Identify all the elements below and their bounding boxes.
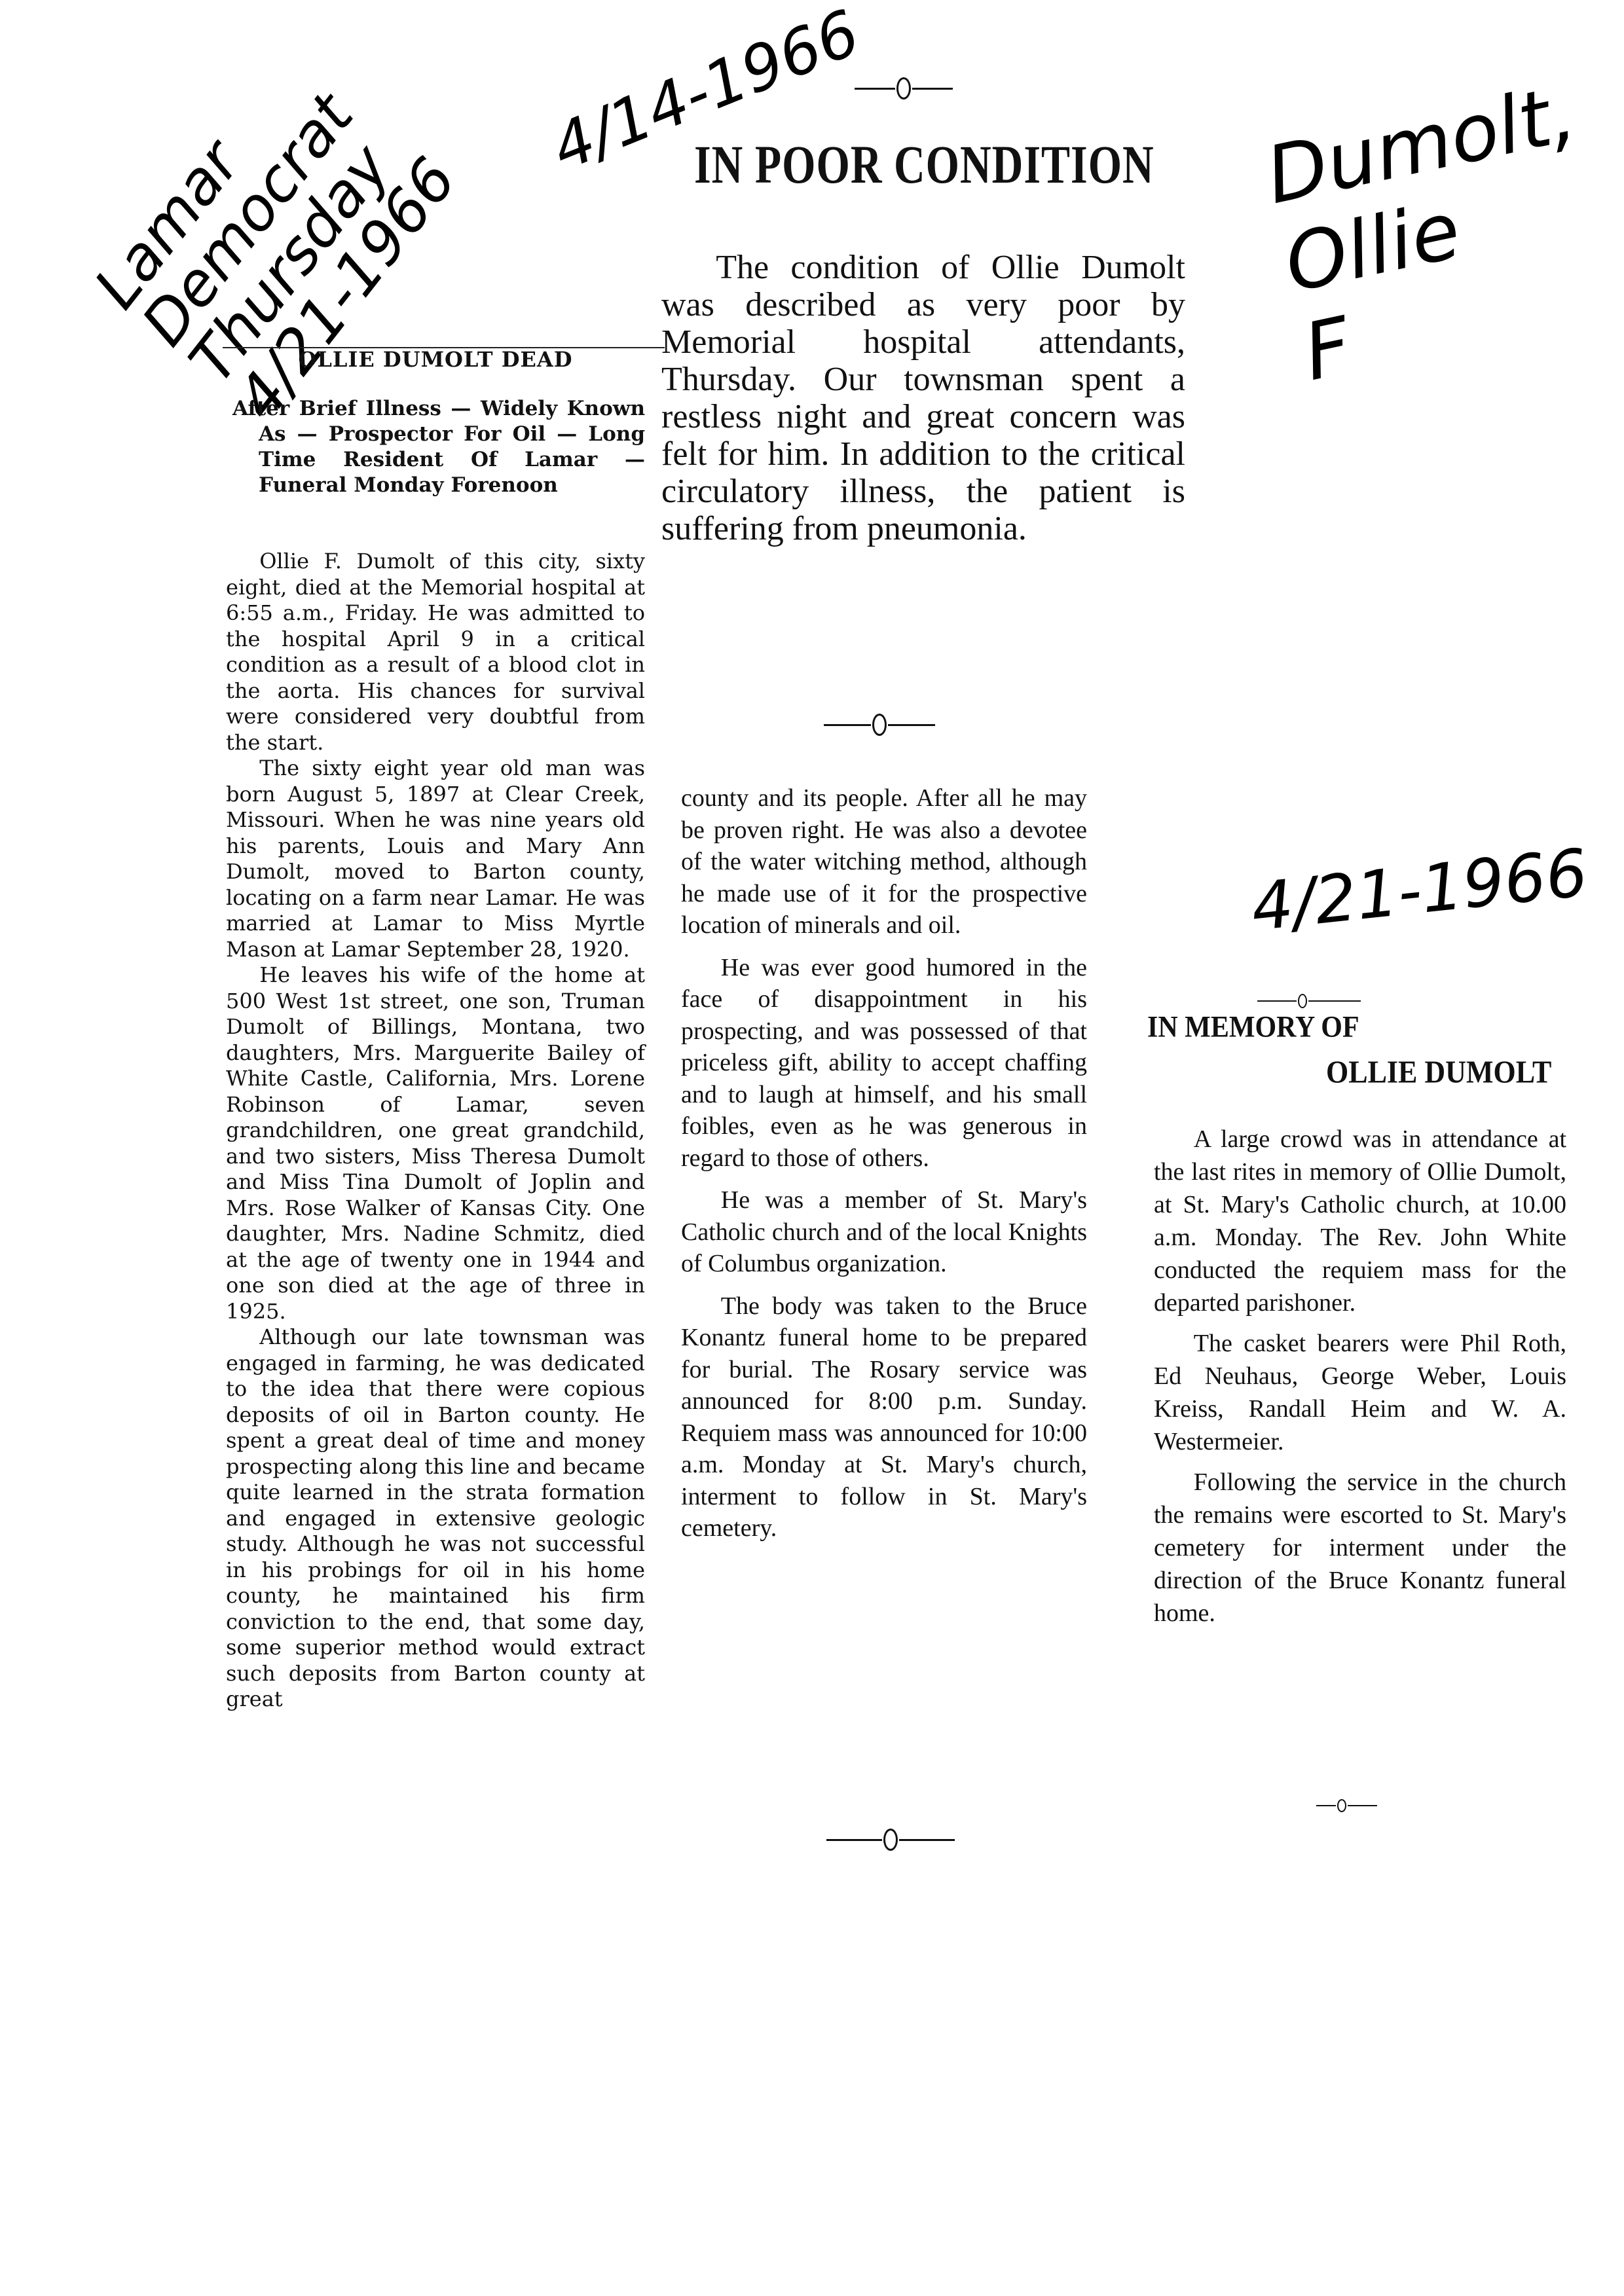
paragraph: Although our late townsman was engaged i…: [226, 1324, 645, 1713]
paragraph: Following the service in the church the …: [1154, 1466, 1566, 1630]
article-poor-condition-body: The condition of Ollie Dumolt was descri…: [661, 249, 1185, 547]
paragraph: He was a member of St. Mary's Catholic c…: [681, 1184, 1087, 1280]
paragraph: Ollie F. Dumolt of this city, sixty eigh…: [226, 549, 645, 756]
article-memory-body: A large crowd was in attendance at the l…: [1154, 1123, 1566, 1630]
article-obituary-body: Ollie F. Dumolt of this city, sixty eigh…: [226, 549, 645, 1713]
ornament-divider: [824, 714, 935, 736]
headline-poor-condition: IN POOR CONDITION: [694, 134, 1205, 196]
paragraph: The casket bearers were Phil Roth, Ed Ne…: [1154, 1327, 1566, 1458]
paragraph: county and its people. After all he may …: [681, 782, 1087, 941]
headline-obituary: OLLIE DUMOLT DEAD: [226, 347, 645, 372]
paragraph: The condition of Ollie Dumolt was descri…: [661, 249, 1185, 547]
ornament-divider: [1257, 994, 1361, 1008]
handwritten-date-mid: 4/21-1966: [1248, 840, 1591, 940]
paragraph: The body was taken to the Bruce Konantz …: [681, 1290, 1087, 1544]
article-obituary-continued: county and its people. After all he may …: [681, 782, 1087, 1544]
paragraph: He leaves his wife of the home at 500 We…: [226, 962, 645, 1324]
subheadline-obituary: After Brief Illness — Widely Known As — …: [232, 396, 645, 498]
ornament-divider: [826, 1829, 955, 1851]
ornament-divider: [1316, 1799, 1377, 1812]
headline-memory-line1: IN MEMORY OF: [1147, 1010, 1359, 1045]
headline-memory-line2: OLLIE DUMOLT: [1326, 1053, 1551, 1090]
paragraph: A large crowd was in attendance at the l…: [1154, 1123, 1566, 1319]
handwritten-name-note: Dumolt, Ollie F: [1259, 69, 1621, 399]
ornament-divider: [855, 77, 953, 100]
paragraph: The sixty eight year old man was born Au…: [226, 756, 645, 962]
paragraph: He was ever good humored in the face of …: [681, 952, 1087, 1175]
